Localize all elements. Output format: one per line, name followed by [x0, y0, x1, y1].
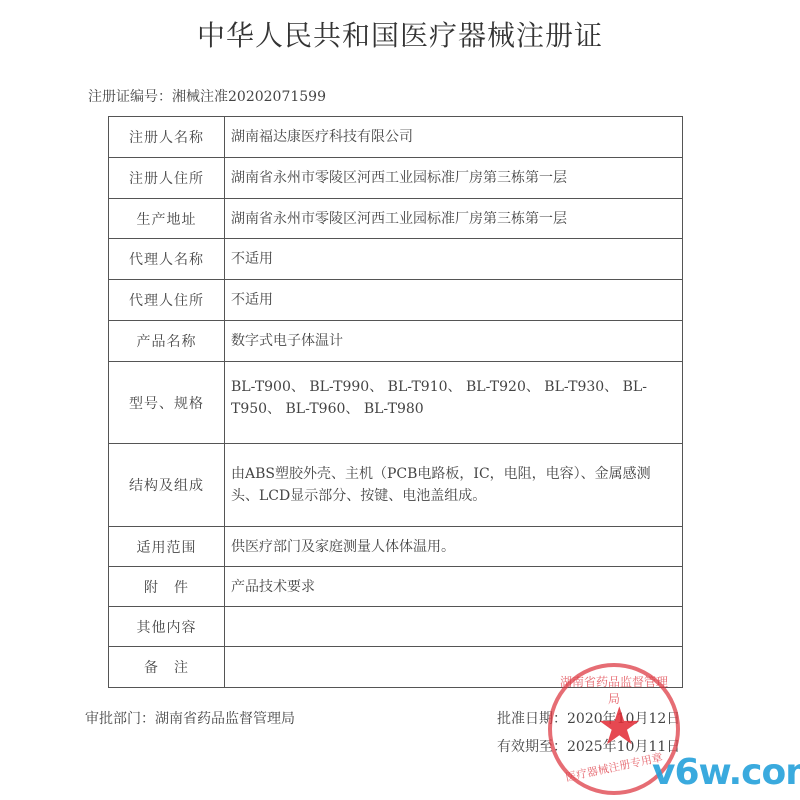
row-label: 代理人名称 [109, 239, 225, 280]
row-label: 产品名称 [109, 321, 225, 362]
table-row: 注册人住所 湖南省永州市零陵区河西工业园标准厂房第三栋第一层 [109, 158, 683, 199]
row-label: 其他内容 [109, 607, 225, 647]
row-label: 生产地址 [109, 199, 225, 239]
row-label: 适用范围 [109, 527, 225, 567]
row-value: 不适用 [225, 239, 683, 280]
row-value [225, 607, 683, 647]
row-value: 由ABS塑胶外壳、主机（PCB电路板，IC，电阻，电容）、金属感测头、LCD显示… [225, 444, 683, 527]
row-value: 湖南省永州市零陵区河西工业园标准厂房第三栋第一层 [225, 199, 683, 239]
table-row: 适用范围 供医疗部门及家庭测量人体体温用。 [109, 527, 683, 567]
row-value: 湖南福达康医疗科技有限公司 [225, 117, 683, 158]
row-label: 备 注 [109, 647, 225, 688]
table-row: 附 件 产品技术要求 [109, 567, 683, 607]
table-row: 注册人名称 湖南福达康医疗科技有限公司 [109, 117, 683, 158]
table-row: 代理人名称 不适用 [109, 239, 683, 280]
row-label: 注册人名称 [109, 117, 225, 158]
table-row: 结构及组成 由ABS塑胶外壳、主机（PCB电路板，IC，电阻，电容）、金属感测头… [109, 444, 683, 527]
table-row: 产品名称 数字式电子体温计 [109, 321, 683, 362]
row-label: 代理人住所 [109, 280, 225, 321]
registration-number: 注册证编号：湘械注准20202071599 [88, 86, 326, 106]
certificate-table: 注册人名称 湖南福达康医疗科技有限公司 注册人住所 湖南省永州市零陵区河西工业园… [108, 116, 683, 688]
row-label: 注册人住所 [109, 158, 225, 199]
row-value: BL-T900、 BL-T990、 BL-T910、 BL-T920、 BL-T… [225, 362, 683, 444]
row-value: 数字式电子体温计 [225, 321, 683, 362]
certificate-title: 中华人民共和国医疗器械注册证 [0, 14, 800, 54]
row-value: 产品技术要求 [225, 567, 683, 607]
row-value: 供医疗部门及家庭测量人体体温用。 [225, 527, 683, 567]
approval-department: 审批部门：湖南省药品监督管理局 [85, 708, 295, 728]
table-row: 型号、规格 BL-T900、 BL-T990、 BL-T910、 BL-T920… [109, 362, 683, 444]
star-icon: ★ [596, 701, 643, 753]
watermark: v6w.com [652, 752, 800, 793]
row-value: 湖南省永州市零陵区河西工业园标准厂房第三栋第一层 [225, 158, 683, 199]
table-row: 其他内容 [109, 607, 683, 647]
row-value: 不适用 [225, 280, 683, 321]
row-label: 附 件 [109, 567, 225, 607]
row-label: 型号、规格 [109, 362, 225, 444]
table-row: 代理人住所 不适用 [109, 280, 683, 321]
row-label: 结构及组成 [109, 444, 225, 527]
table-row: 生产地址 湖南省永州市零陵区河西工业园标准厂房第三栋第一层 [109, 199, 683, 239]
